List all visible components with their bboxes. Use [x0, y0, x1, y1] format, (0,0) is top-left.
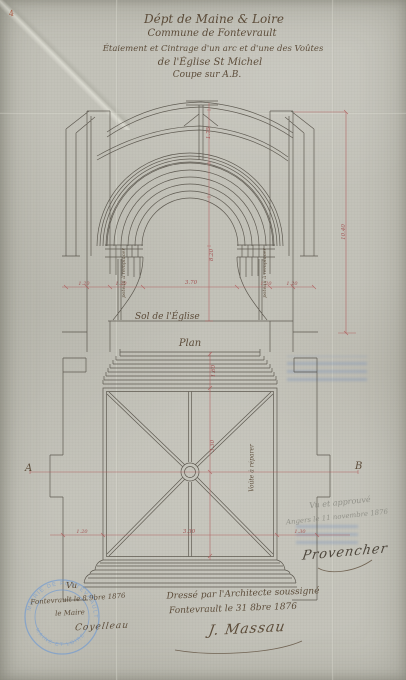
dim-right-outer: 1.20	[286, 281, 297, 287]
dim-plan-left: 1.20	[76, 529, 87, 535]
dim-center-height: 8.20	[209, 249, 215, 261]
plan-title: Plan	[179, 338, 201, 349]
elevation-outer-arch-centering	[97, 101, 293, 161]
plan-dimension-ticks	[30, 352, 358, 558]
vault-note: Voûte à réparer	[249, 444, 256, 492]
plan-arch-steps	[103, 349, 277, 384]
floor-label: Sol de l'Église	[135, 312, 200, 322]
elevation-shafts-corbels	[110, 257, 270, 320]
dim-half-span-vertical: 3.30	[210, 440, 216, 452]
elevation-dimension-ticks	[64, 110, 348, 335]
technical-drawing: MAIRIE DE FONTEVRAULT MAINE ET LOIRE	[0, 0, 406, 680]
dim-apex-height: 1.75	[206, 127, 212, 139]
elevation-upper-arch-rings	[97, 153, 283, 246]
mayor-approval-line3: le Maire	[55, 608, 85, 618]
elevation-capitals	[105, 245, 275, 257]
dim-left-outer: 1.20	[78, 281, 89, 287]
dim-total-height: 10.40	[341, 224, 347, 240]
plan-drawing	[50, 349, 330, 600]
dim-span: 3.70	[185, 280, 197, 286]
dim-plan-right: 1.30	[294, 529, 305, 535]
elevation-piers	[62, 111, 318, 321]
dim-plan-span: 3.30	[183, 529, 195, 535]
dimension-lines	[30, 103, 358, 560]
mayor-approval-line1: Vu	[66, 581, 77, 591]
plan-base-moldings	[83, 560, 297, 587]
elevation-archivolt-rings	[107, 163, 273, 246]
post-note-left: poteau à remplacer	[121, 248, 127, 298]
post-note-right: poteau à remplacer	[262, 248, 268, 298]
drawing-sheet: 4 Dépt de Maine & Loire Commune de Fonte…	[0, 0, 406, 680]
axis-label-b: B	[355, 461, 362, 472]
axis-label-a: A	[25, 463, 32, 474]
dim-ring-depth: 1.60	[211, 365, 217, 377]
plan-wall-profiles	[50, 358, 330, 600]
